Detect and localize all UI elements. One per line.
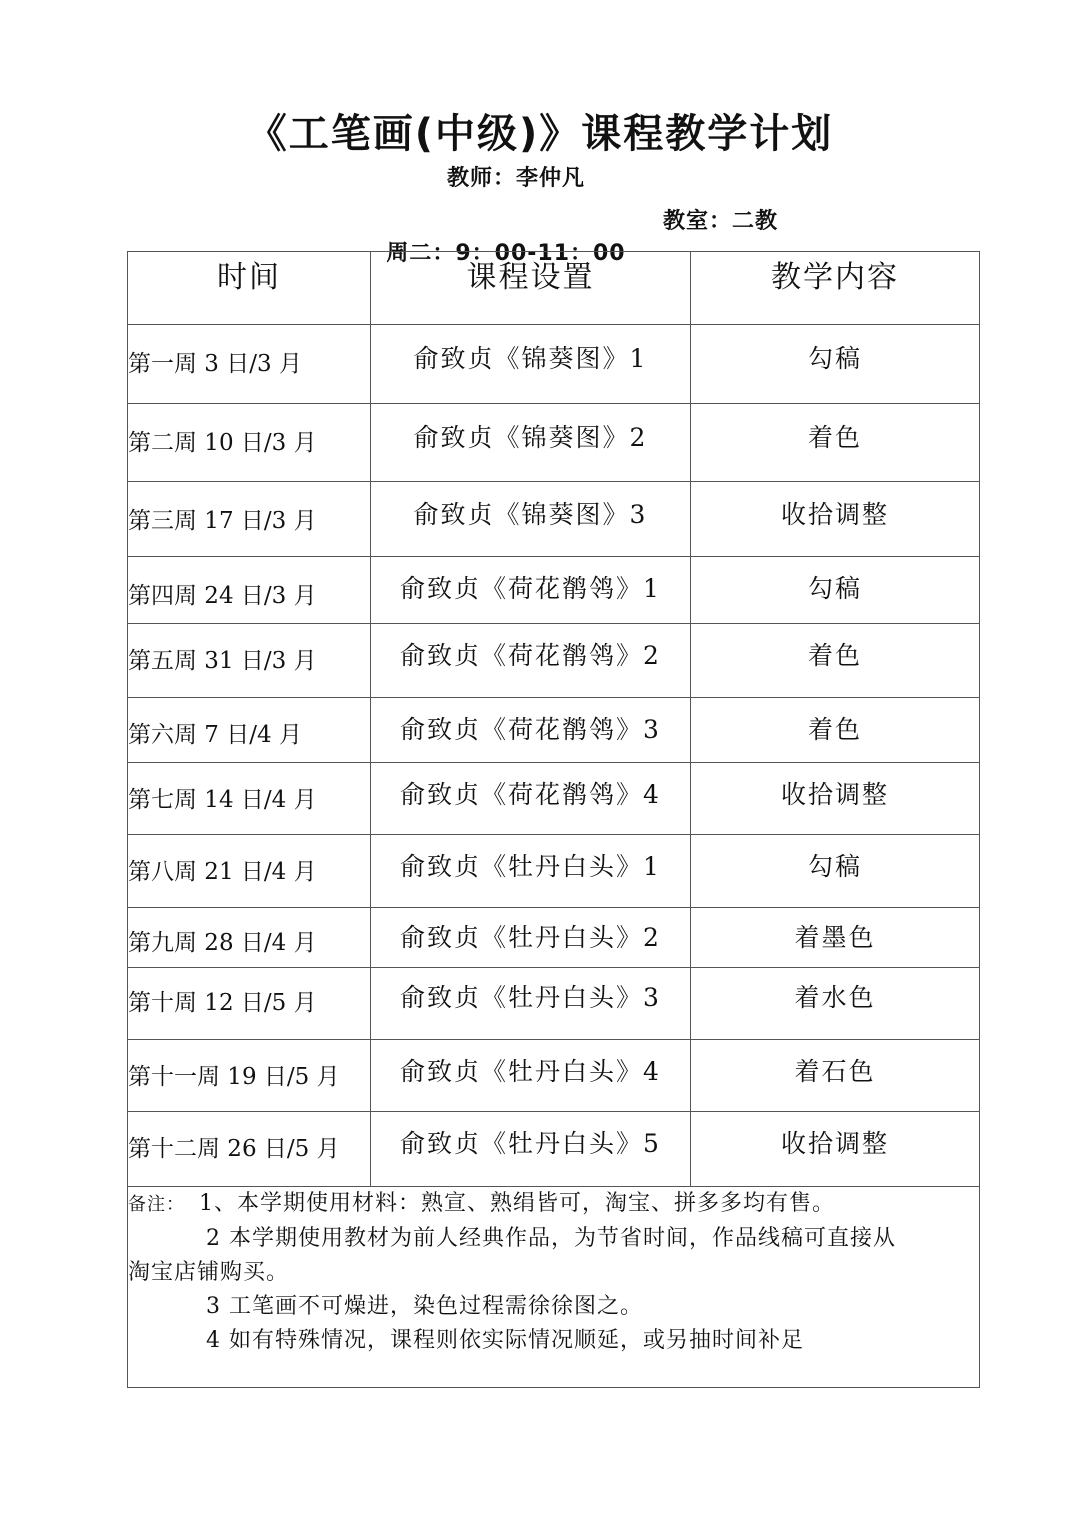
notes-row: 备注：1、本学期使用材料：熟宣、熟绢皆可，淘宝、拼多多均有售。 2 本学期使用教… [128,1187,980,1388]
table-row: 第十周 12 日/5 月 俞致贞《牡丹白头》3 着水色 [128,968,980,1040]
row-date: 第二周 10 日/3 月 [128,404,371,482]
row-date: 第四周 24 日/3 月 [128,557,371,624]
row-course: 俞致贞《荷花鹡鸰》2 [371,624,691,698]
row-date: 第一周 3 日/3 月 [128,325,371,404]
table-row: 第九周 28 日/4 月 俞致贞《牡丹白头》2 着墨色 [128,908,980,968]
row-content: 勾稿 [691,835,980,908]
header-time: 时间 [128,252,371,325]
note-line-2: 2 本学期使用教材为前人经典作品，为节省时间，作品线稿可直接从 [128,1222,979,1256]
row-date: 第八周 21 日/4 月 [128,835,371,908]
row-content: 着墨色 [691,908,980,968]
row-content: 着水色 [691,968,980,1040]
row-date: 第七周 14 日/4 月 [128,763,371,835]
row-content: 着石色 [691,1040,980,1112]
row-course: 俞致贞《牡丹白头》3 [371,968,691,1040]
row-content: 勾稿 [691,557,980,624]
row-content: 收拾调整 [691,763,980,835]
teacher-label: 教师：李仲凡 [447,163,585,195]
header-content: 教学内容 [691,252,980,325]
table-row: 第一周 3 日/3 月 俞致贞《锦葵图》1 勾稿 [128,325,980,404]
header-course: 课程设置 [371,252,691,325]
row-date: 第九周 28 日/4 月 [128,908,371,968]
row-content: 收拾调整 [691,482,980,557]
row-content: 着色 [691,624,980,698]
table-row: 第四周 24 日/3 月 俞致贞《荷花鹡鸰》1 勾稿 [128,557,980,624]
row-content: 着色 [691,698,980,763]
notes-label: 备注： [128,1194,185,1215]
classroom: 教室：二教 [663,206,778,238]
page-title: 《工笔画(中级)》课程教学计划 [0,106,1080,162]
row-content: 勾稿 [691,325,980,404]
table-row: 第七周 14 日/4 月 俞致贞《荷花鹡鸰》4 收拾调整 [128,763,980,835]
row-content: 收拾调整 [691,1112,980,1187]
note-line-4: 4 如有特殊情况，课程则依实际情况顺延，或另抽时间补足 [128,1324,979,1358]
table-row: 第十一周 19 日/5 月 俞致贞《牡丹白头》4 着石色 [128,1040,980,1112]
note-line-1: 备注：1、本学期使用材料：熟宣、熟绢皆可，淘宝、拼多多均有售。 [128,1187,979,1222]
row-course: 俞致贞《牡丹白头》5 [371,1112,691,1187]
notes-cell: 备注：1、本学期使用材料：熟宣、熟绢皆可，淘宝、拼多多均有售。 2 本学期使用教… [128,1187,980,1388]
row-content: 着色 [691,404,980,482]
row-date: 第五周 31 日/3 月 [128,624,371,698]
row-course: 俞致贞《荷花鹡鸰》3 [371,698,691,763]
row-date: 第十一周 19 日/5 月 [128,1040,371,1112]
table-row: 第三周 17 日/3 月 俞致贞《锦葵图》3 收拾调整 [128,482,980,557]
row-course: 俞致贞《锦葵图》2 [371,404,691,482]
table-row: 第十二周 26 日/5 月 俞致贞《牡丹白头》5 收拾调整 [128,1112,980,1187]
row-course: 俞致贞《荷花鹡鸰》1 [371,557,691,624]
note-line-3: 3 工笔画不可燥进，染色过程需徐徐图之。 [128,1290,979,1324]
table-row: 第八周 21 日/4 月 俞致贞《牡丹白头》1 勾稿 [128,835,980,908]
row-course: 俞致贞《牡丹白头》4 [371,1040,691,1112]
course-plan-table: 时间 课程设置 教学内容 第一周 3 日/3 月 俞致贞《锦葵图》1 勾稿 第二… [127,251,980,1388]
row-course: 俞致贞《牡丹白头》1 [371,835,691,908]
row-date: 第六周 7 日/4 月 [128,698,371,763]
row-course: 俞致贞《锦葵图》3 [371,482,691,557]
table-row: 第五周 31 日/3 月 俞致贞《荷花鹡鸰》2 着色 [128,624,980,698]
row-course: 俞致贞《荷花鹡鸰》4 [371,763,691,835]
table-header-row: 时间 课程设置 教学内容 [128,252,980,325]
row-date: 第三周 17 日/3 月 [128,482,371,557]
table-row: 第六周 7 日/4 月 俞致贞《荷花鹡鸰》3 着色 [128,698,980,763]
table-row: 第二周 10 日/3 月 俞致贞《锦葵图》2 着色 [128,404,980,482]
note-line-2-cont: 淘宝店铺购买。 [128,1256,979,1290]
row-course: 俞致贞《牡丹白头》2 [371,908,691,968]
row-date: 第十二周 26 日/5 月 [128,1112,371,1187]
row-course: 俞致贞《锦葵图》1 [371,325,691,404]
row-date: 第十周 12 日/5 月 [128,968,371,1040]
